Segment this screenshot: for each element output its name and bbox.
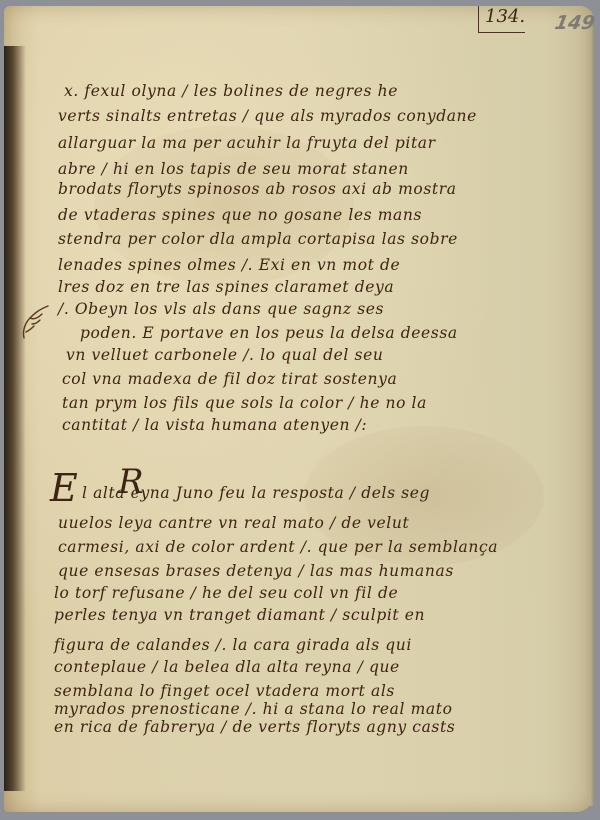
- binding-gutter: [4, 46, 26, 791]
- text-line: col vna madexa de fil doz tirat sostenya: [62, 370, 397, 388]
- text-line: de vtaderas spines que no gosane les man…: [58, 206, 422, 224]
- text-line: /. Obeyn los vls als dans que sagnz ses: [58, 300, 384, 318]
- text-line: semblana lo finget ocel vtadera mort als: [54, 682, 395, 700]
- text-line: abre / hi en los tapis de seu morat stan…: [58, 160, 409, 178]
- text-line: lres doz en tre las spines claramet deya: [58, 278, 394, 296]
- text-line: poden. E portave en los peus la delsa de…: [80, 324, 458, 342]
- text-line: conteplaue / la belea dla alta reyna / q…: [54, 658, 400, 676]
- text-line: en rica de fabrerya / de verts floryts a…: [54, 718, 455, 736]
- text-line: uuelos leya cantre vn real mato / de vel…: [58, 514, 409, 532]
- text-line: cantitat / la vista humana atenyen /:: [62, 416, 367, 434]
- text-line: verts sinalts entretas / que als myrados…: [58, 107, 477, 125]
- text-line: lo torf refusane / he del seu coll vn fi…: [54, 584, 398, 602]
- page-edge: [586, 16, 594, 806]
- pointing-hand-manicule-icon: [20, 296, 50, 342]
- text-line: allarguar la ma per acuhir la fruyta del…: [58, 134, 436, 152]
- text-line: carmesi, axi de color ardent /. que per …: [58, 538, 498, 556]
- folio-number-pencil: 149: [553, 12, 597, 34]
- text-line: tan prym los fils que sols la color / he…: [62, 394, 427, 412]
- text-line: figura de calandes /. la cara girada als…: [54, 636, 412, 654]
- text-line: myrados prenosticane /. hi a stana lo re…: [54, 700, 453, 718]
- text-line: que ensesas brases detenya / las mas hum…: [58, 562, 454, 580]
- text-line: stendra per color dla ampla cortapisa la…: [58, 230, 458, 248]
- text-line: brodats floryts spinosos ab rosos axi ab…: [58, 180, 457, 198]
- text-line: l alta eyna Juno feu la resposta / dels …: [82, 484, 430, 502]
- text-line: lenades spines olmes /. Exi en vn mot de: [58, 256, 400, 274]
- text-line: perles tenya vn tranget diamant / sculpi…: [54, 606, 425, 624]
- text-line: vn velluet carbonele /. lo qual del seu: [66, 346, 383, 364]
- decorated-initial-e: E: [50, 466, 78, 510]
- folio-number-ink: 134.: [478, 6, 525, 33]
- text-line: x. fexul olyna / les bolines de negres h…: [64, 82, 398, 100]
